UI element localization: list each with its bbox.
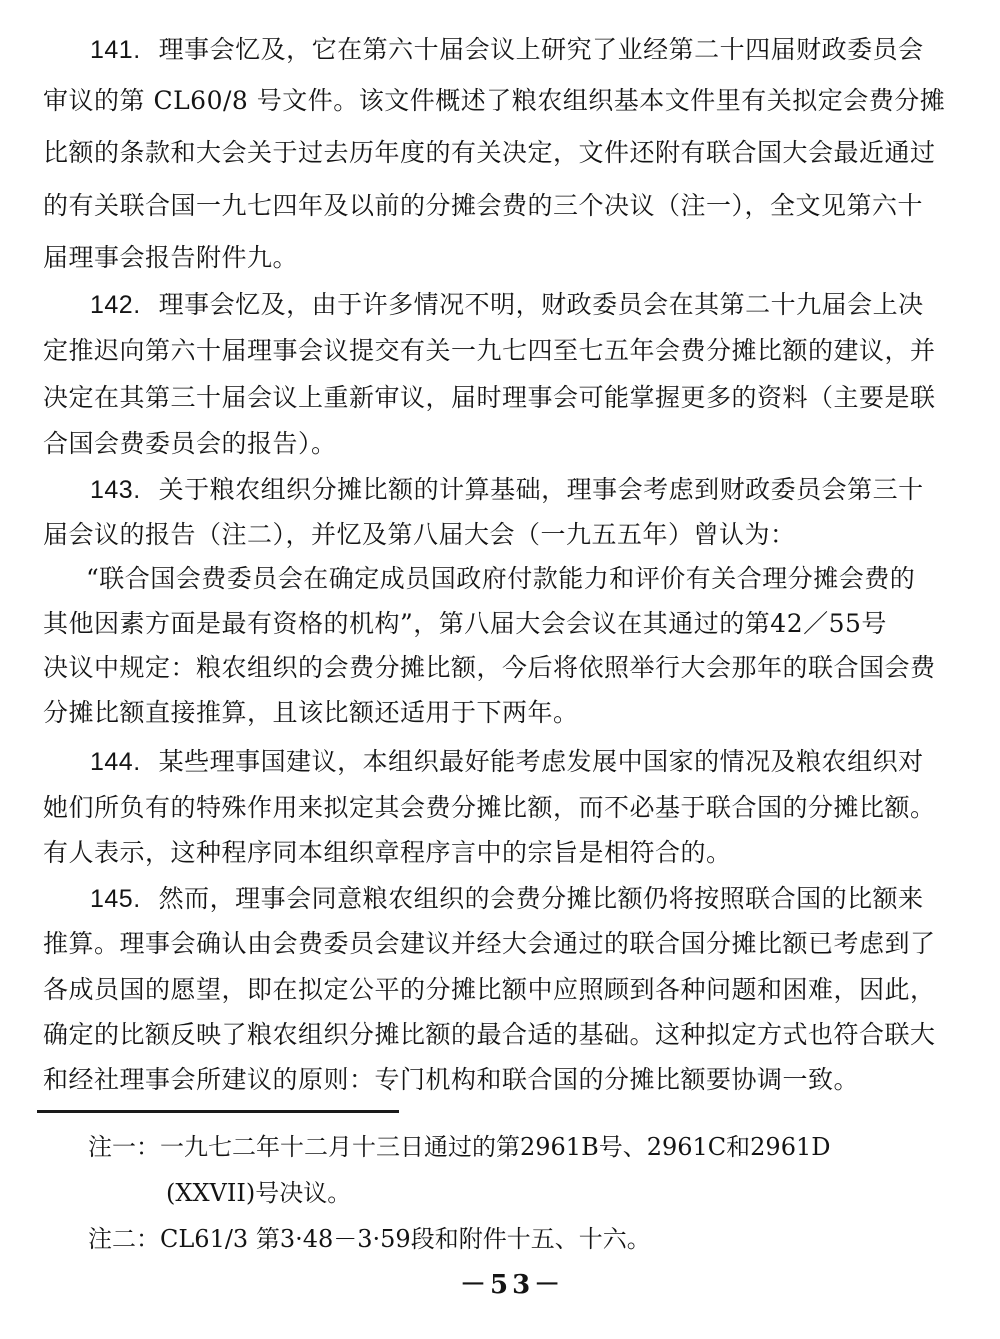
footnote-1: 注一：一九七二年十二月十三日通过的第2961B号、2961C和2961D xyxy=(88,1132,830,1162)
document-page: 141.理事会忆及，它在第六十届会议上研究了业经第二十四届财政委员会 审议的第 … xyxy=(0,0,1000,1339)
paragraph-number: 145. xyxy=(90,885,141,913)
paragraph-142-line-4: 合国会费委员会的报告）。 xyxy=(43,428,337,460)
footnote-label: 注一： xyxy=(88,1133,160,1161)
paragraph-143-line-1: 143.关于粮农组织分摊比额的计算基础，理事会考虑到财政委员会第三十 xyxy=(90,474,924,506)
paragraph-141-line-4: 的有关联合国一九七四年及以前的分摊会费的三个决议（注一），全文见第六十 xyxy=(43,190,923,222)
paragraph-143-line-6: 分摊比额直接推算，且该比额还适用于下两年。 xyxy=(43,697,579,729)
footnote-2: 注二：CL61/3 第3·48－3·59段和附件十五、十六。 xyxy=(88,1224,651,1254)
paragraph-143-line-3: “联合国会费委员会在确定成员国政府付款能力和评价有关合理分摊会费的 xyxy=(86,563,915,595)
paragraph-141-line-1: 141.理事会忆及，它在第六十届会议上研究了业经第二十四届财政委员会 xyxy=(90,34,924,66)
paragraph-141-line-3: 比额的条款和大会关于过去历年度的有关决定，文件还附有联合国大会最近通过 xyxy=(43,137,936,169)
paragraph-number: 141. xyxy=(90,36,141,64)
paragraph-144-line-2: 她们所负有的特殊作用来拟定其会费分摊比额，而不必基于联合国的分摊比额。 xyxy=(43,792,936,824)
paragraph-145-line-1: 145.然而，理事会同意粮农组织的会费分摊比额仍将按照联合国的比额来 xyxy=(90,883,924,915)
paragraph-142-line-2: 定推迟向第六十届理事会议提交有关一九七四至七五年会费分摊比额的建议，并 xyxy=(43,335,936,367)
footnote-label: 注二： xyxy=(88,1225,160,1253)
paragraph-145-line-3: 各成员国的愿望，即在拟定公平的分摊比额中应照顾到各种问题和困难，因此， xyxy=(43,974,936,1006)
paragraph-number: 143. xyxy=(90,476,141,504)
paragraph-number: 142. xyxy=(90,291,141,319)
paragraph-143-line-2: 届会议的报告（注二），并忆及第八届大会（一九五五年）曾认为： xyxy=(43,519,796,551)
paragraph-145-line-4: 确定的比额反映了粮农组织分摊比额的最合适的基础。这种拟定方式也符合联大 xyxy=(43,1019,936,1051)
paragraph-142-line-1: 142.理事会忆及，由于许多情况不明，财政委员会在其第二十九届会上决 xyxy=(90,289,924,321)
paragraph-142-line-3: 决定在其第三十届会议上重新审议，届时理事会可能掌握更多的资料（主要是联 xyxy=(43,382,936,414)
footnote-1-line-2: (XXVII)号决议。 xyxy=(166,1178,351,1208)
paragraph-145-line-5: 和经社理事会所建议的原则：专门机构和联合国的分摊比额要协调一致。 xyxy=(43,1064,859,1096)
paragraph-144-line-1: 144.某些理事国建议，本组织最好能考虑发展中国家的情况及粮农组织对 xyxy=(90,746,924,778)
footnote-divider xyxy=(37,1110,399,1113)
page-number: －53－ xyxy=(460,1264,564,1301)
paragraph-number: 144. xyxy=(90,748,141,776)
paragraph-145-line-2: 推算。理事会确认由会费委员会建议并经大会通过的联合国分摊比额已考虑到了 xyxy=(43,928,936,960)
paragraph-141-line-5: 届理事会报告附件九。 xyxy=(43,242,298,274)
paragraph-143-line-4: 其他因素方面是最有资格的机构”，第八届大会会议在其通过的第42／55号 xyxy=(43,608,887,640)
paragraph-143-line-5: 决议中规定：粮农组织的会费分摊比额，今后将依照举行大会那年的联合国会费 xyxy=(43,652,936,684)
paragraph-141-line-2: 审议的第 CL60/8 号文件。该文件概述了粮农组织基本文件里有关拟定会费分摊 xyxy=(43,85,945,117)
paragraph-144-line-3: 有人表示，这种程序同本组织章程序言中的宗旨是相符合的。 xyxy=(43,837,732,869)
